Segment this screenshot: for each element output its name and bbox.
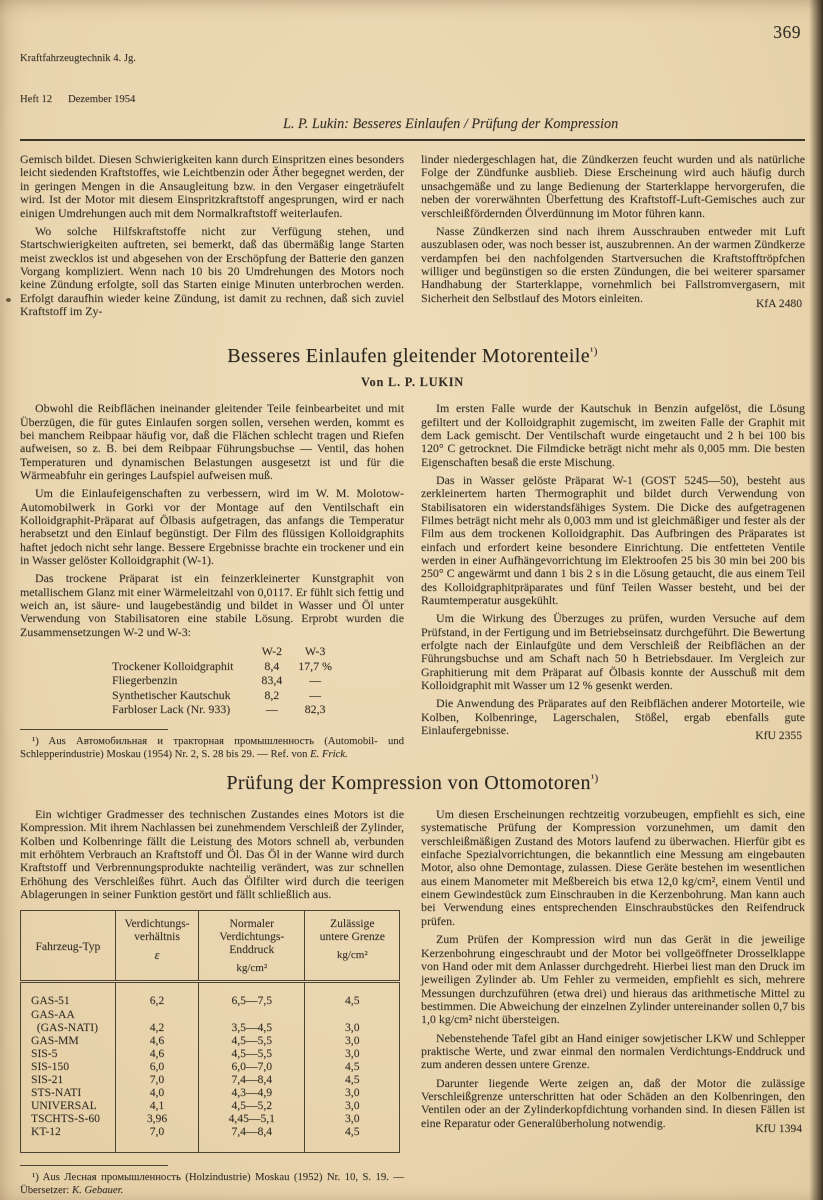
table-row: GAS-51 6,2 6,5—7,5 4,5 <box>21 982 400 1008</box>
table-row: Synthetischer Kautschuk 8,2 — <box>112 688 340 703</box>
vehicle-type: STS-NATI <box>21 1086 116 1099</box>
header-unit: kg/cm² <box>202 962 301 975</box>
lower-limit: 3,0 <box>305 1112 400 1125</box>
article2-title: Prüfung der Kompression von Ottomotoren¹… <box>20 772 805 795</box>
normal-pressure: 4,5—5,5 <box>199 1047 305 1060</box>
mixture-w3-value: — <box>290 673 340 688</box>
mixture-header-w2: W-2 <box>253 644 290 659</box>
lower-limit: 3,0 <box>305 1034 400 1047</box>
header-unit: ε <box>119 949 195 962</box>
table-row: UNIVERSAL 4,1 4,5—5,2 3,0 <box>21 1099 400 1112</box>
journal-issue-info: Kraftfahrzeugtechnik 4. Jg. Heft 12 Deze… <box>20 24 136 134</box>
mixture-label: Farbloser Lack (Nr. 933) <box>112 702 253 717</box>
mixture-header-empty <box>112 644 253 659</box>
paragraph: Nebenstehende Tafel gibt an Hand einiger… <box>421 1032 805 1072</box>
mixture-label: Trockener Kolloidgraphit <box>112 659 253 674</box>
paragraph: Wo solche Hilfskraftstoffe nicht zur Ver… <box>20 225 404 318</box>
paragraph: Zum Prüfen der Kompression wird nun das … <box>421 933 805 1026</box>
table-row: Trockener Kolloidgraphit 8,4 17,7 % <box>112 659 340 674</box>
running-title: L. P. Lukin: Besseres Einlaufen / Prüfun… <box>136 116 773 134</box>
lower-limit: 3,0 <box>305 1099 400 1112</box>
compression-ratio: 7,0 <box>115 1073 198 1086</box>
article2-left-column: Ein wichtiger Gradmesser des technischen… <box>20 808 404 1196</box>
lower-limit: 4,5 <box>305 982 400 1008</box>
article1-byline: Von L. P. LUKIN <box>20 375 805 390</box>
normal-pressure: 3,5—4,5 <box>199 1008 305 1034</box>
table-row: GAS-MM 4,6 4,5—5,5 3,0 <box>21 1034 400 1047</box>
mixture-table-header: W-2 W-3 <box>112 644 340 659</box>
normal-pressure: 7,4—8,4 <box>199 1073 305 1086</box>
normal-pressure: 7,4—8,4 <box>199 1125 305 1152</box>
ink-speck <box>6 298 11 302</box>
paragraph: Obwohl die Reibflächen ineinander gleite… <box>20 402 404 482</box>
vehicle-type: SIS-5 <box>21 1047 116 1060</box>
vehicle-type: GAS-AA (GAS-NATI) <box>21 1008 116 1034</box>
article2-body: Ein wichtiger Gradmesser des technischen… <box>20 808 805 1196</box>
mixture-table: W-2 W-3 Trockener Kolloidgraphit 8,4 17,… <box>112 644 340 717</box>
lower-limit: 4,5 <box>305 1125 400 1152</box>
journal-page: Kraftfahrzeugtechnik 4. Jg. Heft 12 Deze… <box>0 0 823 1200</box>
mixture-w3-value: 82,3 <box>290 702 340 717</box>
normal-pressure: 4,5—5,5 <box>199 1034 305 1047</box>
paragraph: Um diesen Erscheinungen rechtzeitig vorz… <box>421 808 805 928</box>
normal-pressure: 4,45—5,1 <box>199 1112 305 1125</box>
compression-ratio: 6,0 <box>115 1060 198 1073</box>
paragraph: Das trockene Präparat ist ein feinzerkle… <box>20 572 404 639</box>
lower-limit: 4,5 <box>305 1060 400 1073</box>
article1-title: Besseres Einlaufen gleitender Motorentei… <box>20 345 805 368</box>
mixture-w2-value: 8,2 <box>253 688 290 703</box>
article2-right-column: Um diesen Erscheinungen rechtzeitig vorz… <box>421 808 805 1196</box>
table-row: Fahrzeug-Typ Verdichtungs- verhältnis ε … <box>21 911 400 982</box>
mixture-w3-value: — <box>290 688 340 703</box>
article1-footnote: ¹) Aus Автомобильная и тракторная промыш… <box>20 735 404 761</box>
footnote-referent: K. Gebauer. <box>72 1184 123 1196</box>
table-row: STS-NATI 4,0 4,3—4,9 3,0 <box>21 1086 400 1099</box>
paragraph: Nasse Zündkerzen sind nach ihrem Ausschr… <box>421 225 805 305</box>
compression-ratio: 4,6 <box>115 1047 198 1060</box>
footnote-rule <box>20 729 168 730</box>
table-row: KT-12 7,0 7,4—8,4 4,5 <box>21 1125 400 1152</box>
mixture-table-body: Trockener Kolloidgraphit 8,4 17,7 % Flie… <box>112 659 340 717</box>
vehicle-type: SIS-150 <box>21 1060 116 1073</box>
paragraph: Im ersten Falle wurde der Kautschuk in B… <box>421 402 805 469</box>
table-row: SIS-5 4,6 4,5—5,5 3,0 <box>21 1047 400 1060</box>
column-header-limit: Zulässige untere Grenze kg/cm² <box>305 911 400 982</box>
footnote-marker: ¹) <box>590 346 598 358</box>
issue-line: Heft 12 Dezember 1954 <box>20 93 136 107</box>
compression-ratio: 3,96 <box>115 1112 198 1125</box>
lower-limit: 4,5 <box>305 1073 400 1086</box>
article1-right-column: Im ersten Falle wurde der Kautschuk in B… <box>421 402 805 761</box>
normal-pressure: 4,5—5,2 <box>199 1099 305 1112</box>
table-row: GAS-AA (GAS-NATI) 4,2 3,5—4,5 3,0 <box>21 1008 400 1034</box>
mixture-w3-value: 17,7 % <box>290 659 340 674</box>
table-row: Fliegerbenzin 83,4 — <box>112 673 340 688</box>
article1-left-column: Obwohl die Reibflächen ineinander gleite… <box>20 402 404 761</box>
header-name: Normaler Verdichtungs- Enddruck <box>202 917 301 956</box>
footnote-rule <box>20 1165 168 1166</box>
table-row: SIS-150 6,0 6,0—7,0 4,5 <box>21 1060 400 1073</box>
intro-section: Gemisch bildet. Diesen Schwierigkeiten k… <box>20 153 805 323</box>
header-name: Zulässige untere Grenze <box>308 917 396 943</box>
mixture-label: Fliegerbenzin <box>112 673 253 688</box>
compression-ratio: 6,2 <box>115 982 198 1008</box>
compression-table: Fahrzeug-Typ Verdichtungs- verhältnis ε … <box>20 910 400 1152</box>
column-header-type: Fahrzeug-Typ <box>21 911 116 982</box>
paragraph: Ein wichtiger Gradmesser des technischen… <box>20 808 404 901</box>
lower-limit: 3,0 <box>305 1008 400 1034</box>
table-row: Farbloser Lack (Nr. 933) — 82,3 <box>112 702 340 717</box>
page-number: 369 <box>773 22 805 43</box>
vehicle-type: UNIVERSAL <box>21 1099 116 1112</box>
journal-title: Kraftfahrzeugtechnik 4. Jg. <box>20 52 136 66</box>
table-row: TSCHTS-S-60 3,96 4,45—5,1 3,0 <box>21 1112 400 1125</box>
footnote-marker: ¹) <box>591 772 599 784</box>
normal-pressure: 6,5—7,5 <box>199 982 305 1008</box>
header-rule <box>20 139 805 141</box>
compression-table-header: Fahrzeug-Typ Verdichtungs- verhältnis ε … <box>21 911 400 982</box>
mixture-w2-value: 8,4 <box>253 659 290 674</box>
article2-title-text: Prüfung der Kompression von Ottomotoren <box>226 772 590 794</box>
compression-ratio: 4,0 <box>115 1086 198 1099</box>
column-header-pressure: Normaler Verdichtungs- Enddruck kg/cm² <box>199 911 305 982</box>
mixture-w2-value: 83,4 <box>253 673 290 688</box>
table-row: W-2 W-3 <box>112 644 340 659</box>
normal-pressure: 6,0—7,0 <box>199 1060 305 1073</box>
column-header-ratio: Verdichtungs- verhältnis ε <box>115 911 198 982</box>
vehicle-type: SIS-21 <box>21 1073 116 1086</box>
paragraph: Um die Wirkung des Überzuges zu prüfen, … <box>421 612 805 692</box>
mixture-header-w3: W-3 <box>290 644 340 659</box>
compression-ratio: 4,6 <box>115 1034 198 1047</box>
lower-limit: 3,0 <box>305 1086 400 1099</box>
mixture-label: Synthetischer Kautschuk <box>112 688 253 703</box>
vehicle-type: TSCHTS-S-60 <box>21 1112 116 1125</box>
compression-ratio: 7,0 <box>115 1125 198 1152</box>
header-unit: kg/cm² <box>308 949 396 962</box>
header-name: Verdichtungs- verhältnis <box>119 917 195 943</box>
compression-table-body: GAS-51 6,2 6,5—7,5 4,5 GAS-AA (GAS-NATI)… <box>21 982 400 1152</box>
page-header: Kraftfahrzeugtechnik 4. Jg. Heft 12 Deze… <box>20 24 805 134</box>
vehicle-type: KT-12 <box>21 1125 116 1152</box>
article1-title-text: Besseres Einlaufen gleitender Motorentei… <box>227 345 590 367</box>
lower-limit: 3,0 <box>305 1047 400 1060</box>
mixture-w2-value: — <box>253 702 290 717</box>
intro-right-column: linder niedergeschlagen hat, die Zündker… <box>421 153 805 323</box>
article1-body: Obwohl die Reibflächen ineinander gleite… <box>20 402 805 761</box>
compression-ratio: 4,2 <box>115 1008 198 1034</box>
paragraph: Um die Einlaufeigenschaften zu verbesser… <box>20 487 404 567</box>
normal-pressure: 4,3—4,9 <box>199 1086 305 1099</box>
intro-left-column: Gemisch bildet. Diesen Schwierigkeiten k… <box>20 153 404 323</box>
table-row: SIS-21 7,0 7,4—8,4 4,5 <box>21 1073 400 1086</box>
article2-footnote: ¹) Aus Лесная промышленность (Holzindust… <box>20 1171 404 1197</box>
vehicle-type: GAS-51 <box>21 982 116 1008</box>
compression-ratio: 4,1 <box>115 1099 198 1112</box>
paragraph: Das in Wasser gelöste Präparat W-1 (GOST… <box>421 474 805 607</box>
paragraph: Gemisch bildet. Diesen Schwierigkeiten k… <box>20 153 404 220</box>
paragraph: linder niedergeschlagen hat, die Zündker… <box>421 153 805 220</box>
footnote-referent: E. Frick. <box>310 748 348 760</box>
vehicle-type: GAS-MM <box>21 1034 116 1047</box>
